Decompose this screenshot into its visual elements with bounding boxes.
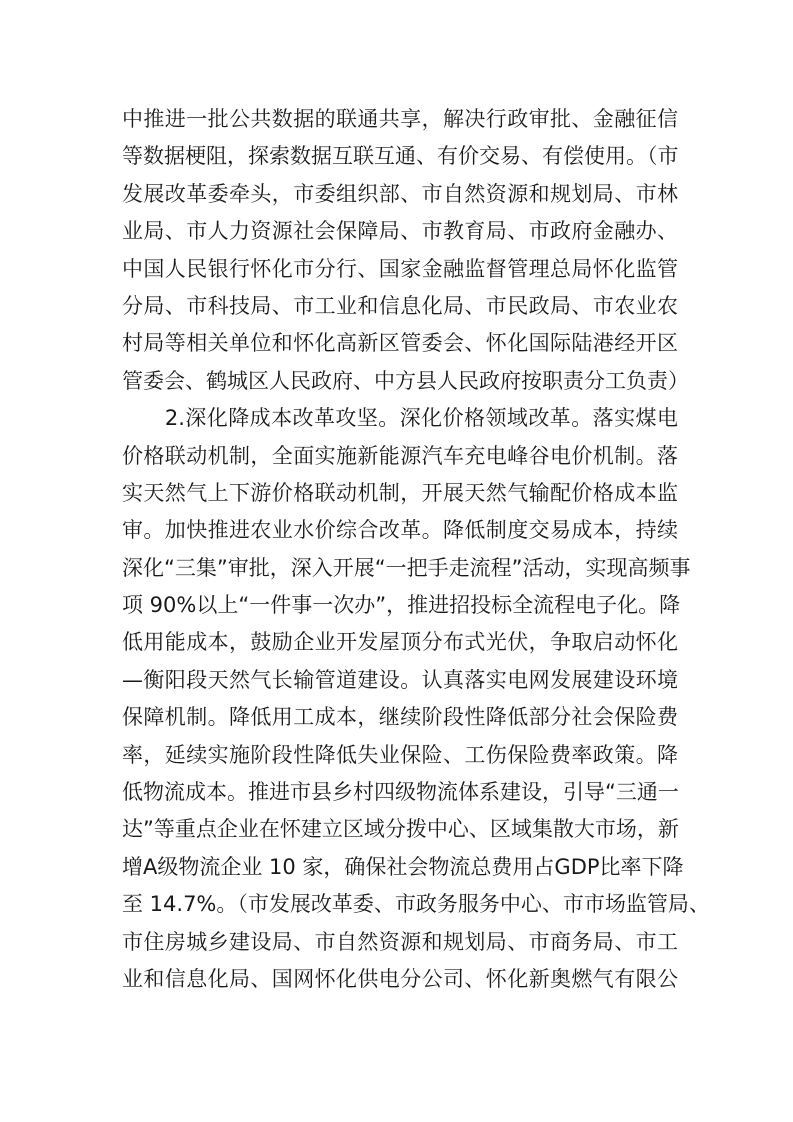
text-line: 达”等重点企业在怀建立区域分拨中心、区域集散大市场，新 xyxy=(122,811,678,848)
text-line: 增A级物流企业 10 家，确保社会物流总费用占GDP比率下降 xyxy=(122,849,678,886)
document-page: 中推进一批公共数据的联通共享，解决行政审批、金融征信 等数据梗阻，探索数据互联互… xyxy=(0,0,793,1122)
text-line: 等数据梗阻，探索数据互联互通、有价交易、有偿使用。（市 xyxy=(122,138,678,175)
text-line: 保障机制。降低用工成本，继续阶段性降低部分社会保险费 xyxy=(122,699,678,736)
text-line: 分局、市科技局、市工业和信息化局、市民政局、市农业农 xyxy=(122,288,678,325)
text-line: 低用能成本，鼓励企业开发屋顶分布式光伏，争取启动怀化 xyxy=(122,624,678,661)
text-line: 审。加快推进农业水价综合改革。降低制度交易成本，持续 xyxy=(122,512,678,549)
text-line: —衡阳段天然气长输管道建设。认真落实电网发展建设环境 xyxy=(122,662,678,699)
text-line: 实天然气上下游价格联动机制，开展天然气输配价格成本监 xyxy=(122,475,678,512)
text-line: 发展改革委牵头，市委组织部、市自然资源和规划局、市林 xyxy=(122,176,678,213)
text-line: 业局、市人力资源社会保障局、市教育局、市政府金融办、 xyxy=(122,213,678,250)
text-line: 深化“三集”审批，深入开展“一把手走流程”活动，实现高频事 xyxy=(122,550,678,587)
text-line: 管委会、鹤城区人民政府、中方县人民政府按职责分工负责） xyxy=(122,363,678,400)
text-line-heading: 2.深化降成本改革攻坚。深化价格领域改革。落实煤电 xyxy=(122,400,678,437)
text-line: 价格联动机制，全面实施新能源汽车充电峰谷电价机制。落 xyxy=(122,438,678,475)
text-line: 率，延续实施阶段性降低失业保险、工伤保险费率政策。降 xyxy=(122,737,678,774)
text-line: 至 14.7%。（市发展改革委、市政务服务中心、市市场监管局、 xyxy=(122,886,678,923)
text-line: 业和信息化局、国网怀化供电分公司、怀化新奥燃气有限公 xyxy=(122,961,678,998)
text-line: 村局等相关单位和怀化高新区管委会、怀化国际陆港经开区 xyxy=(122,325,678,362)
document-body: 中推进一批公共数据的联通共享，解决行政审批、金融征信 等数据梗阻，探索数据互联互… xyxy=(122,101,678,998)
text-line: 低物流成本。推进市县乡村四级物流体系建设，引导“三通一 xyxy=(122,774,678,811)
text-line: 中推进一批公共数据的联通共享，解决行政审批、金融征信 xyxy=(122,101,678,138)
paragraph-data-sharing: 中推进一批公共数据的联通共享，解决行政审批、金融征信 等数据梗阻，探索数据互联互… xyxy=(122,101,678,400)
text-line: 项 90%以上“一件事一次办”，推进招投标全流程电子化。降 xyxy=(122,587,678,624)
text-line: 中国人民银行怀化市分行、国家金融监督管理总局怀化监管 xyxy=(122,251,678,288)
text-line: 市住房城乡建设局、市自然资源和规划局、市商务局、市工 xyxy=(122,924,678,961)
paragraph-cost-reduction: 2.深化降成本改革攻坚。深化价格领域改革。落实煤电 价格联动机制，全面实施新能源… xyxy=(122,400,678,998)
